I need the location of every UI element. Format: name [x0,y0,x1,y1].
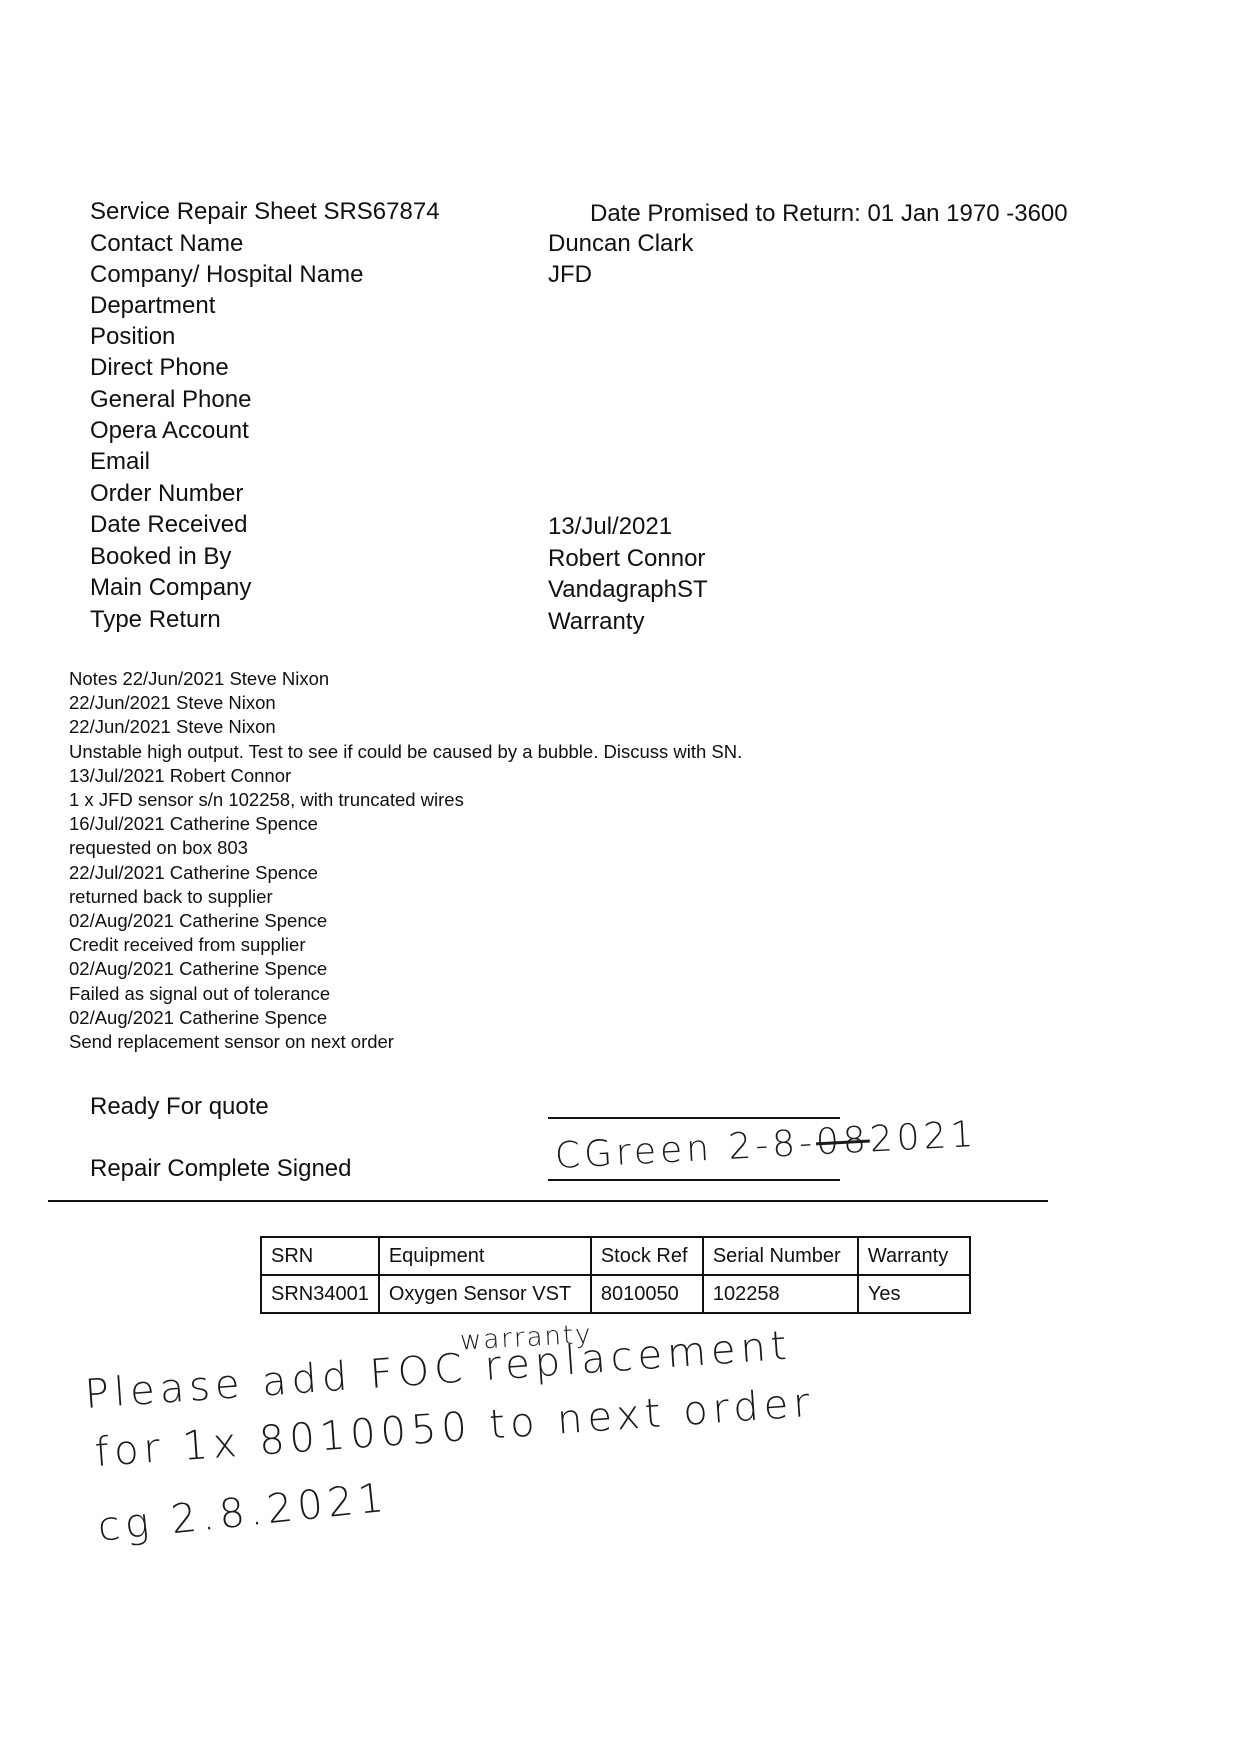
note-line: Send replacement sensor on next order [69,1030,742,1054]
cell-stock-ref: 8010050 [591,1275,703,1313]
note-line: 02/Aug/2021 Catherine Spence [69,957,742,981]
note-line: Credit received from supplier [69,933,742,957]
table-header-row: SRN Equipment Stock Ref Serial Number Wa… [261,1237,970,1275]
field-label-type-return: Type Return [90,604,221,635]
cell-srn: SRN34001 [261,1275,379,1313]
equipment-table: SRN Equipment Stock Ref Serial Number Wa… [260,1236,971,1314]
field-value-booked-in-by: Robert Connor [548,543,705,574]
column-header-srn: SRN [261,1237,379,1275]
field-label-opera-account: Opera Account [90,415,249,446]
note-line: 13/Jul/2021 Robert Connor [69,764,742,788]
ready-for-quote-signature-line [548,1117,840,1119]
signature-name: CGreen 2-8- [554,1122,817,1177]
cell-equipment: Oxygen Sensor VST [379,1275,591,1313]
note-line: 02/Aug/2021 Catherine Spence [69,909,742,933]
column-header-serial-number: Serial Number [703,1237,858,1275]
column-header-warranty: Warranty [858,1237,970,1275]
note-line: 16/Jul/2021 Catherine Spence [69,812,742,836]
note-line: Failed as signal out of tolerance [69,982,742,1006]
note-line: requested on box 803 [69,836,742,860]
field-label-main-company: Main Company [90,572,251,603]
repair-complete-label: Repair Complete Signed [90,1155,351,1183]
note-line: Notes 22/Jun/2021 Steve Nixon [69,667,742,691]
section-divider [48,1200,1048,1202]
field-label-date-received: Date Received [90,509,247,540]
signature-year: 2021 [869,1114,979,1161]
table-row: SRN34001 Oxygen Sensor VST 8010050 10225… [261,1275,970,1313]
field-label-department: Department [90,290,215,321]
field-label-booked-in-by: Booked in By [90,541,231,572]
field-value-date-received: 13/Jul/2021 [548,511,672,542]
field-label-email: Email [90,446,150,477]
field-value-contact-name: Duncan Clark [548,228,693,259]
cell-warranty: Yes [858,1275,970,1313]
note-line: 22/Jun/2021 Steve Nixon [69,715,742,739]
field-label-order-number: Order Number [90,478,243,509]
note-line: 1 x JFD sensor s/n 102258, with truncate… [69,788,742,812]
note-line: 02/Aug/2021 Catherine Spence [69,1006,742,1030]
note-line: returned back to supplier [69,885,742,909]
signature-struck-text: 08 [815,1120,871,1164]
field-value-type-return: Warranty [548,606,644,637]
note-line: 22/Jul/2021 Catherine Spence [69,861,742,885]
field-value-company: JFD [548,259,592,290]
note-line: Unstable high output. Test to see if cou… [69,740,742,764]
repair-complete-signature: CGreen 2-8-082021 [554,1114,978,1177]
date-promised: Date Promised to Return: 01 Jan 1970 -36… [590,200,1068,228]
field-label-general-phone: General Phone [90,384,251,415]
field-label-position: Position [90,321,175,352]
column-header-equipment: Equipment [379,1237,591,1275]
handwritten-initials-date: cg 2.8.2021 [96,1475,391,1551]
field-value-main-company: VandagraphST [548,574,708,605]
field-label-company: Company/ Hospital Name [90,259,363,290]
column-header-stock-ref: Stock Ref [591,1237,703,1275]
cell-serial-number: 102258 [703,1275,858,1313]
repair-complete-signature-line [548,1179,840,1181]
ready-for-quote-label: Ready For quote [90,1093,269,1121]
field-label-contact-name: Contact Name [90,228,243,259]
field-label-direct-phone: Direct Phone [90,352,229,383]
sheet-title: Service Repair Sheet SRS67874 [90,198,440,226]
note-line: 22/Jun/2021 Steve Nixon [69,691,742,715]
notes-log: Notes 22/Jun/2021 Steve Nixon 22/Jun/202… [69,667,742,1054]
